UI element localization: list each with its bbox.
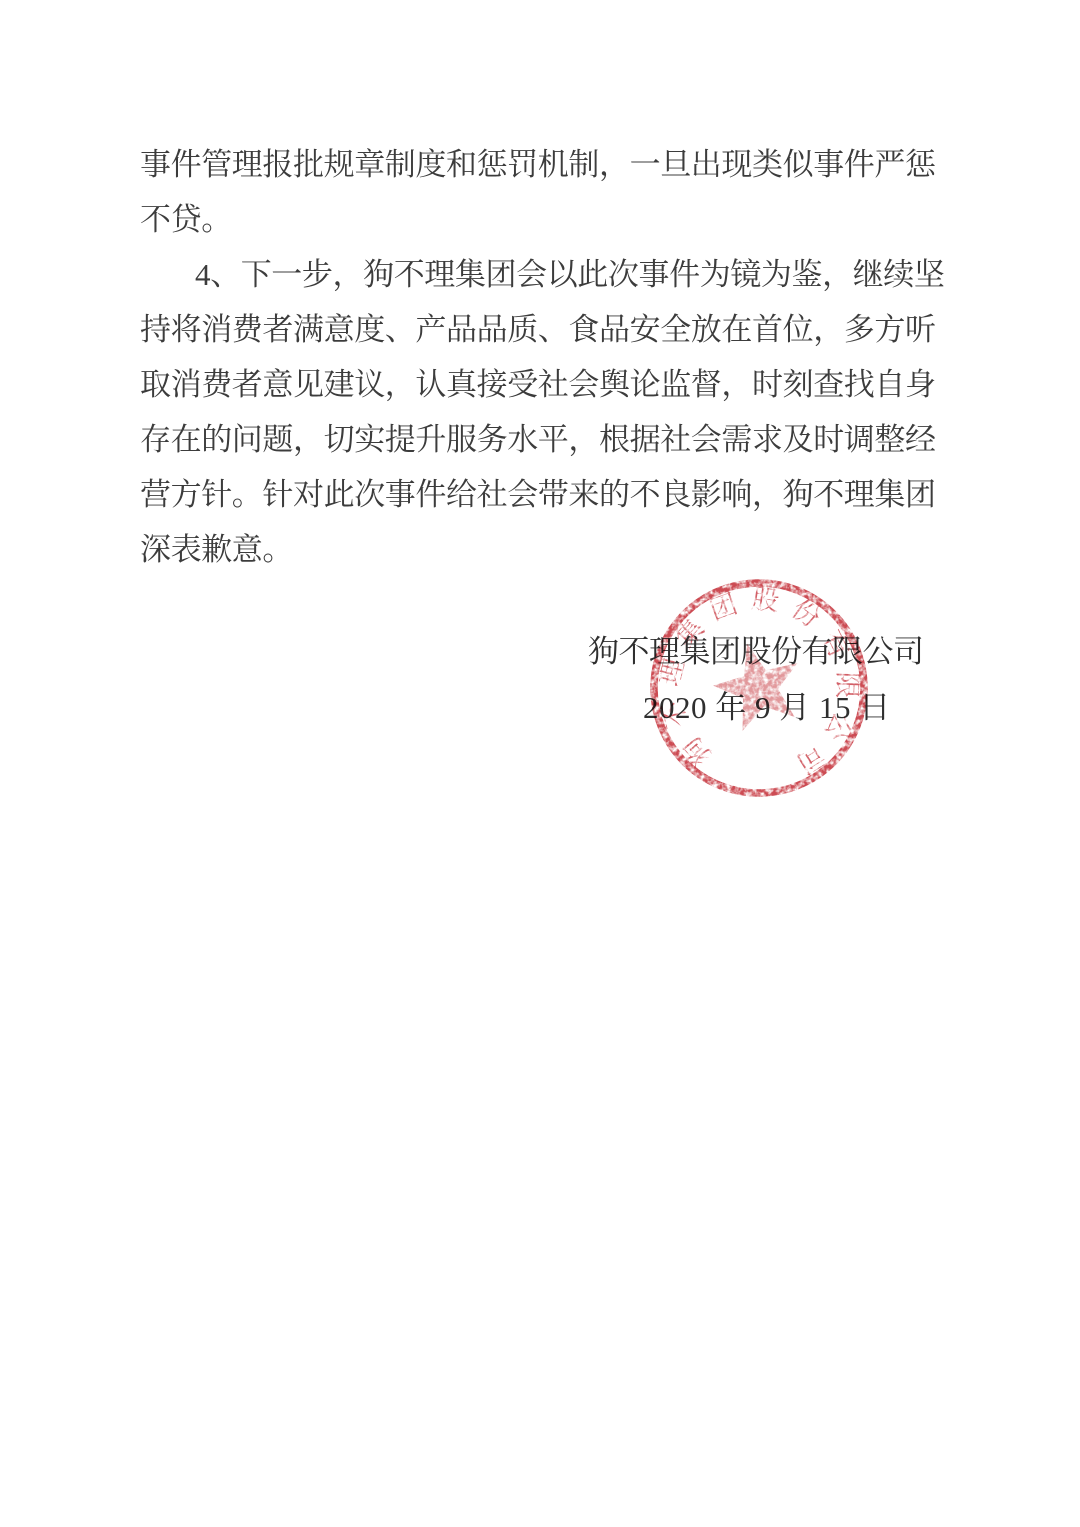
seal-graphic: 狗不理集团股份有限公司 — [643, 571, 877, 793]
text-line: 事件管理报批规章制度和惩罚机制，一旦出现类似事件严惩 — [140, 137, 945, 192]
scanned-document-page: 事件管理报批规章制度和惩罚机制，一旦出现类似事件严惩 不贷。 4、下一步，狗不理… — [0, 0, 1080, 1527]
document-body: 事件管理报批规章制度和惩罚机制，一旦出现类似事件严惩 不贷。 4、下一步，狗不理… — [140, 137, 945, 577]
seal-company-text: 狗不理集团股份有限公司 — [643, 571, 877, 792]
text-line: 存在的问题，切实提升服务水平，根据社会需求及时调整经 — [140, 412, 945, 467]
document-date: 2020 年 9 月 15 日 — [643, 689, 891, 727]
seal-ring — [654, 583, 864, 793]
text-line: 4、下一步，狗不理集团会以此次事件为镜为鉴，继续坚 — [140, 247, 945, 302]
text-line: 不贷。 — [140, 192, 945, 247]
text-line: 持将消费者满意度、产品品质、食品安全放在首位，多方听 — [140, 302, 945, 357]
text-line: 营方针。针对此次事件给社会带来的不良影响，狗不理集团 — [140, 467, 945, 522]
company-seal: 狗不理集团股份有限公司 — [619, 548, 899, 828]
seal-svg: 狗不理集团股份有限公司 — [619, 548, 899, 828]
text-line: 取消费者意见建议，认真接受社会舆论监督，时刻查找自身 — [140, 357, 945, 412]
company-signature: 狗不理集团股份有限公司 — [588, 633, 924, 671]
text-line: 深表歉意。 — [140, 522, 945, 577]
